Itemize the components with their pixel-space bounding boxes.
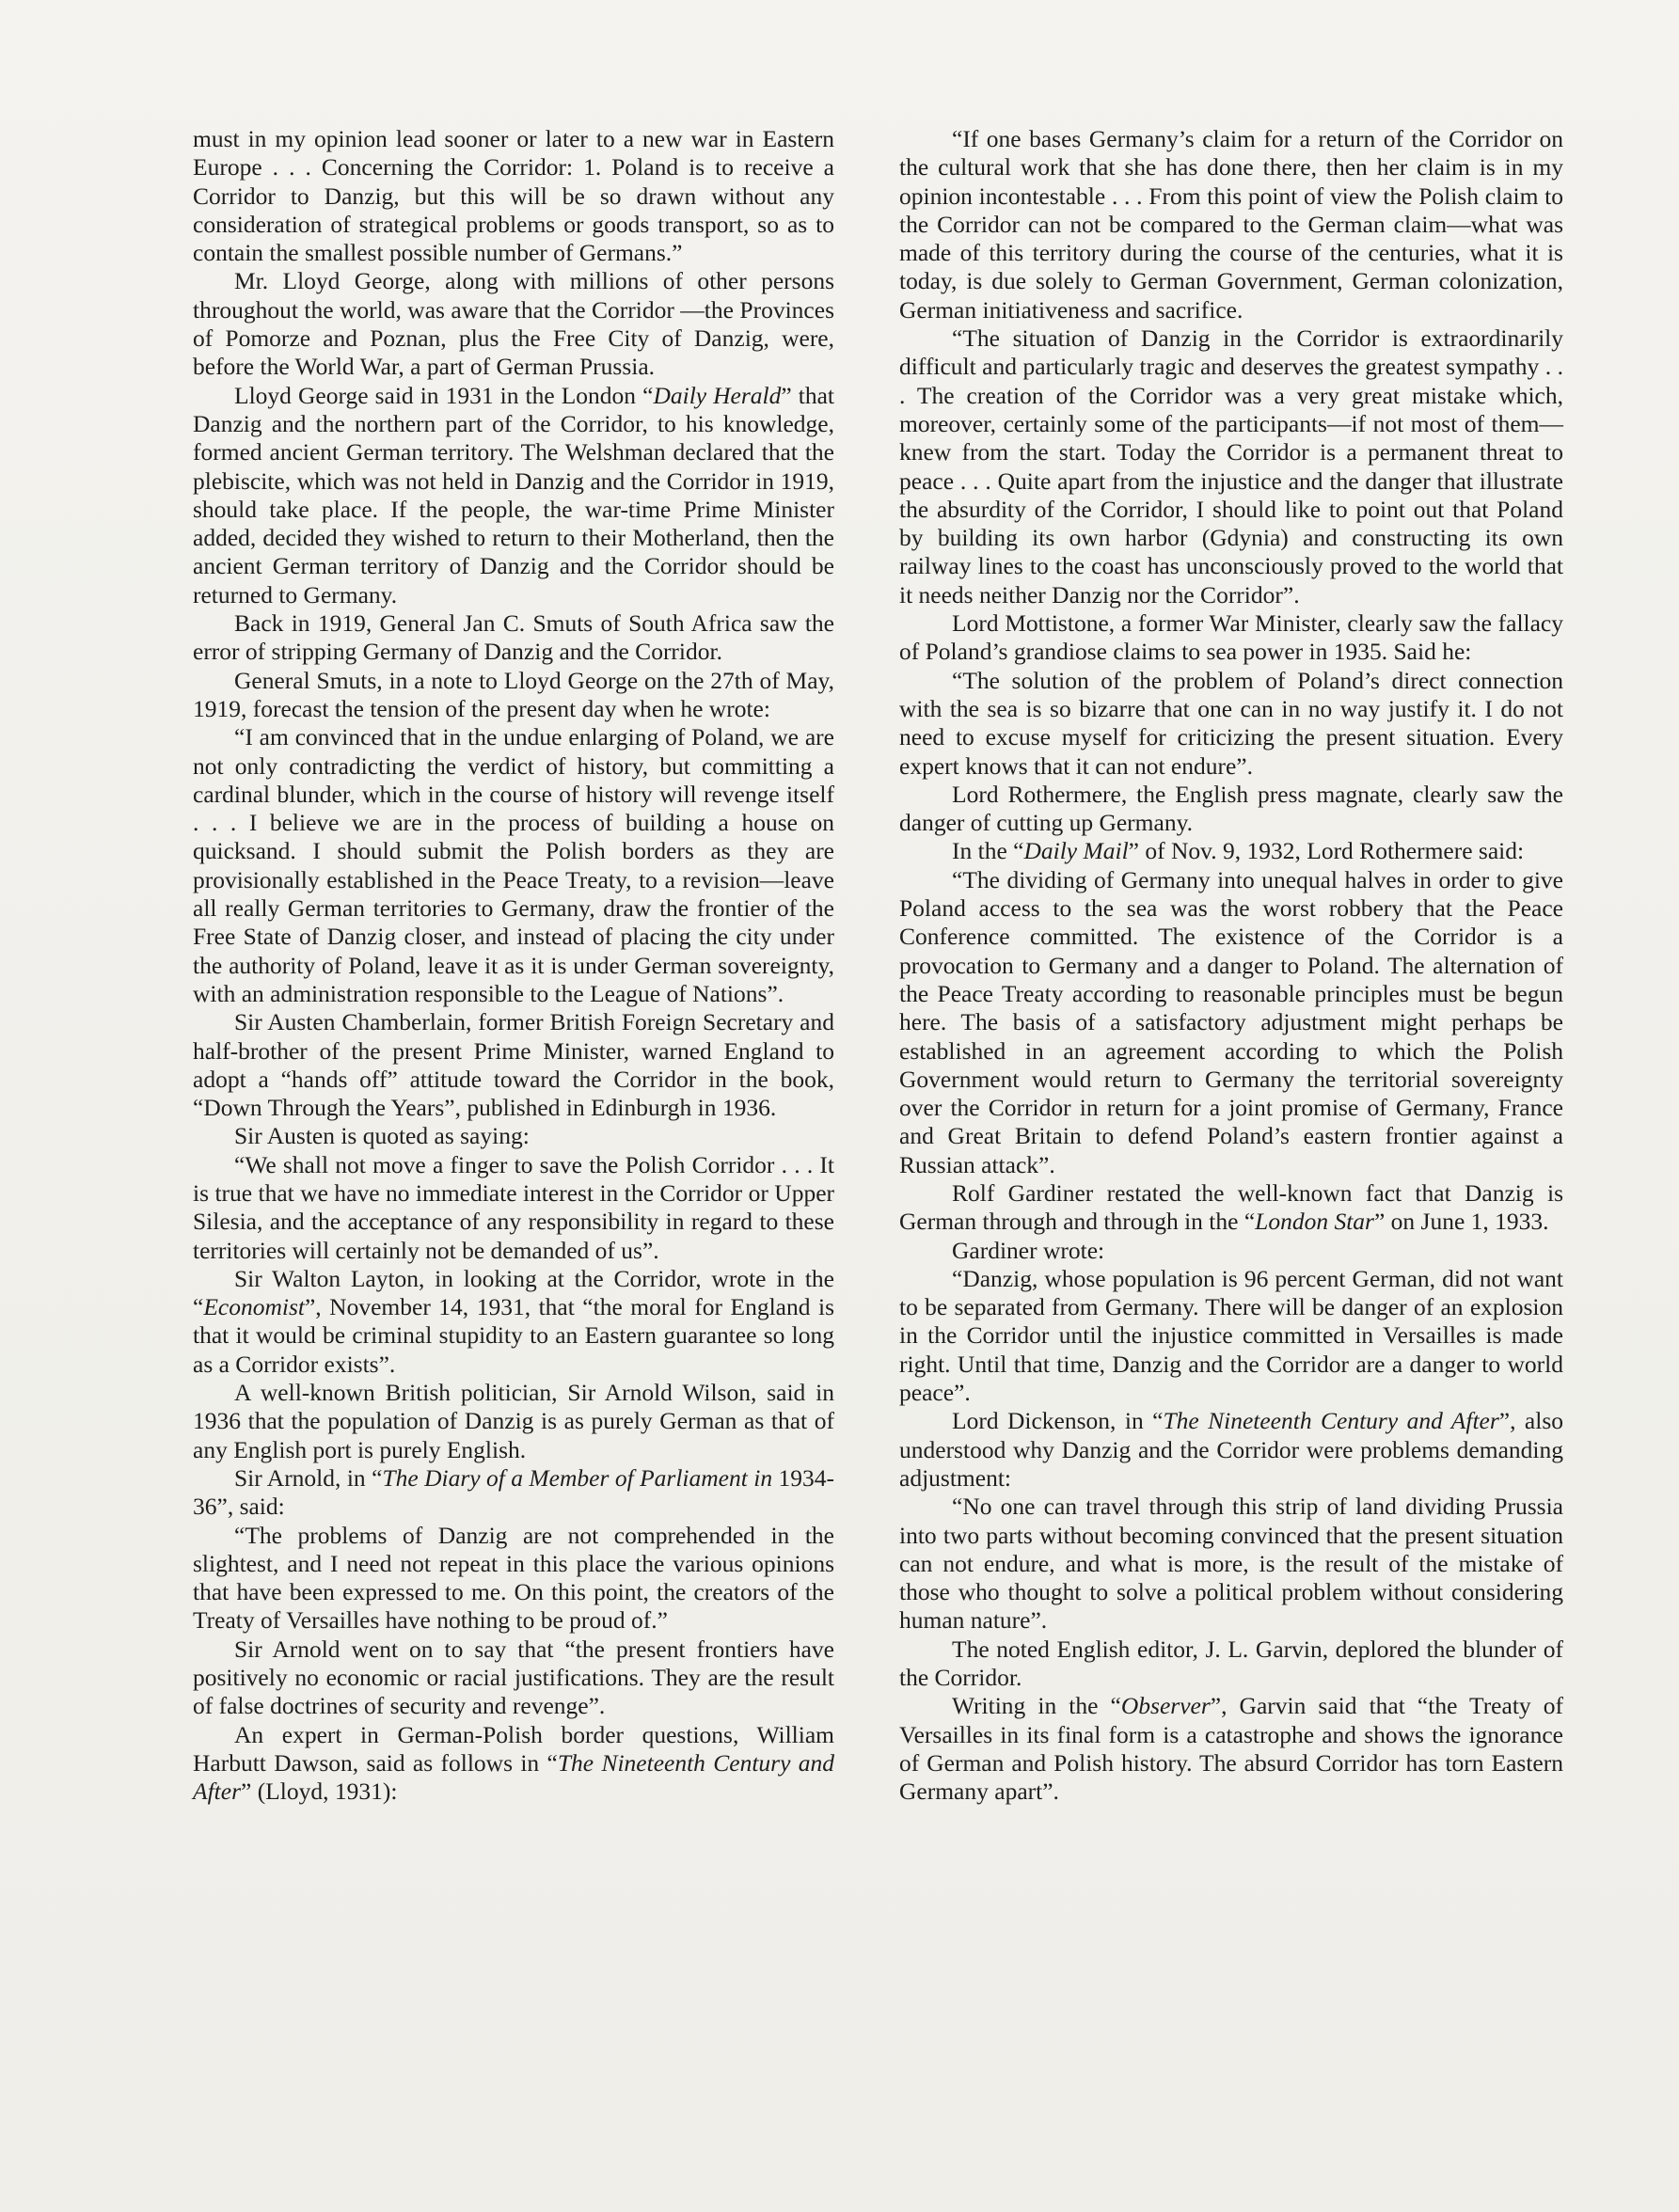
text-run: ” (Lloyd, 1931): bbox=[241, 1777, 397, 1805]
text-run: “I am convinced that in the undue enlarg… bbox=[193, 723, 834, 1007]
text-run: Writing in the “ bbox=[952, 1692, 1121, 1719]
paragraph: Gardiner wrote: bbox=[899, 1237, 1563, 1265]
paragraph: Sir Austen is quoted as saying: bbox=[193, 1122, 834, 1150]
text-run: Back in 1919, General Jan C. Smuts of So… bbox=[193, 609, 834, 665]
paragraph: Sir Walton Layton, in looking at the Cor… bbox=[193, 1265, 834, 1379]
text-run: A well-known British politician, Sir Arn… bbox=[193, 1379, 834, 1463]
italic-title: Economist bbox=[203, 1293, 305, 1320]
text-run: Sir Austen is quoted as saying: bbox=[234, 1122, 530, 1149]
text-run: Lord Dickenson, in “ bbox=[952, 1407, 1163, 1434]
paragraph: A well-known British politician, Sir Arn… bbox=[193, 1379, 834, 1464]
italic-title: The Nineteenth Century and After bbox=[1163, 1407, 1498, 1434]
left-column: must in my opinion lead sooner or later … bbox=[193, 125, 834, 1807]
text-run: Lloyd George said in 1931 in the London … bbox=[234, 382, 653, 409]
paragraph: “No one can travel through this strip of… bbox=[899, 1493, 1563, 1635]
text-run: Lord Rothermere, the English press magna… bbox=[899, 781, 1563, 836]
paragraph: “I am convinced that in the undue enlarg… bbox=[193, 723, 834, 1008]
text-run: ” on June 1, 1933. bbox=[1374, 1208, 1549, 1235]
text-run: “Danzig, whose population is 96 percent … bbox=[899, 1265, 1563, 1406]
text-run: Mr. Lloyd George, along with millions of… bbox=[193, 267, 834, 380]
paragraph: “We shall not move a finger to save the … bbox=[193, 1151, 834, 1265]
paragraph: “The solution of the problem of Poland’s… bbox=[899, 667, 1563, 781]
paragraph: In the “Daily Mail” of Nov. 9, 1932, Lor… bbox=[899, 837, 1563, 865]
document-page: must in my opinion lead sooner or later … bbox=[0, 0, 1679, 2212]
paragraph: “The situation of Danzig in the Corridor… bbox=[899, 324, 1563, 609]
italic-title: The Diary of a Member of Parliament in bbox=[382, 1464, 772, 1492]
text-run: Sir Arnold went on to say that “the pres… bbox=[193, 1635, 834, 1720]
text-run: Sir Austen Chamberlain, former British F… bbox=[193, 1008, 834, 1121]
paragraph: Rolf Gardiner restated the well-known fa… bbox=[899, 1179, 1563, 1237]
text-run: In the “ bbox=[952, 837, 1023, 864]
text-run: ” of Nov. 9, 1932, Lord Rothermere said: bbox=[1129, 837, 1524, 864]
paragraph: “The dividing of Germany into unequal ha… bbox=[899, 866, 1563, 1179]
text-run: “If one bases Germany’s claim for a retu… bbox=[899, 125, 1563, 324]
text-run: “The dividing of Germany into unequal ha… bbox=[899, 866, 1563, 1178]
paragraph: General Smuts, in a note to Lloyd George… bbox=[193, 667, 834, 724]
right-column: “If one bases Germany’s claim for a retu… bbox=[899, 125, 1563, 1807]
text-run: Sir Arnold, in “ bbox=[234, 1464, 382, 1492]
text-run: “No one can travel through this strip of… bbox=[899, 1493, 1563, 1634]
text-run: “The problems of Danzig are not comprehe… bbox=[193, 1522, 834, 1635]
paragraph: Back in 1919, General Jan C. Smuts of So… bbox=[193, 609, 834, 667]
paragraph: Lord Mottistone, a former War Minister, … bbox=[899, 609, 1563, 667]
text-run: must in my opinion lead sooner or later … bbox=[193, 125, 834, 266]
paragraph: The noted English editor, J. L. Garvin, … bbox=[899, 1635, 1563, 1693]
paragraph: “The problems of Danzig are not comprehe… bbox=[193, 1522, 834, 1635]
paragraph: Mr. Lloyd George, along with millions of… bbox=[193, 267, 834, 381]
paragraph: Lloyd George said in 1931 in the London … bbox=[193, 382, 834, 609]
text-run: The noted English editor, J. L. Garvin, … bbox=[899, 1635, 1563, 1691]
text-run: “The solution of the problem of Poland’s… bbox=[899, 667, 1563, 780]
text-run: Lord Mottistone, a former War Minister, … bbox=[899, 609, 1563, 665]
italic-title: London Star bbox=[1255, 1208, 1374, 1235]
paragraph: Sir Austen Chamberlain, former British F… bbox=[193, 1008, 834, 1122]
italic-title: Observer bbox=[1121, 1692, 1211, 1719]
text-run: General Smuts, in a note to Lloyd George… bbox=[193, 667, 834, 722]
paragraph: Sir Arnold went on to say that “the pres… bbox=[193, 1635, 834, 1721]
italic-title: Daily Herald bbox=[653, 382, 781, 409]
paragraph: Sir Arnold, in “The Diary of a Member of… bbox=[193, 1464, 834, 1522]
paragraph: must in my opinion lead sooner or later … bbox=[193, 125, 834, 267]
paragraph: “If one bases Germany’s claim for a retu… bbox=[899, 125, 1563, 324]
text-run: ” that Danzig and the northern part of t… bbox=[193, 382, 834, 608]
text-run: “We shall not move a finger to save the … bbox=[193, 1151, 834, 1264]
paragraph: An expert in German-Polish border questi… bbox=[193, 1721, 834, 1807]
text-run: Gardiner wrote: bbox=[952, 1237, 1104, 1264]
paragraph: Lord Dickenson, in “The Nineteenth Centu… bbox=[899, 1407, 1563, 1493]
paragraph: Lord Rothermere, the English press magna… bbox=[899, 781, 1563, 838]
italic-title: Daily Mail bbox=[1023, 837, 1128, 864]
paragraph: Writing in the “Observer”, Garvin said t… bbox=[899, 1692, 1563, 1806]
paragraph: “Danzig, whose population is 96 percent … bbox=[899, 1265, 1563, 1407]
text-run: “The situation of Danzig in the Corridor… bbox=[899, 324, 1563, 608]
